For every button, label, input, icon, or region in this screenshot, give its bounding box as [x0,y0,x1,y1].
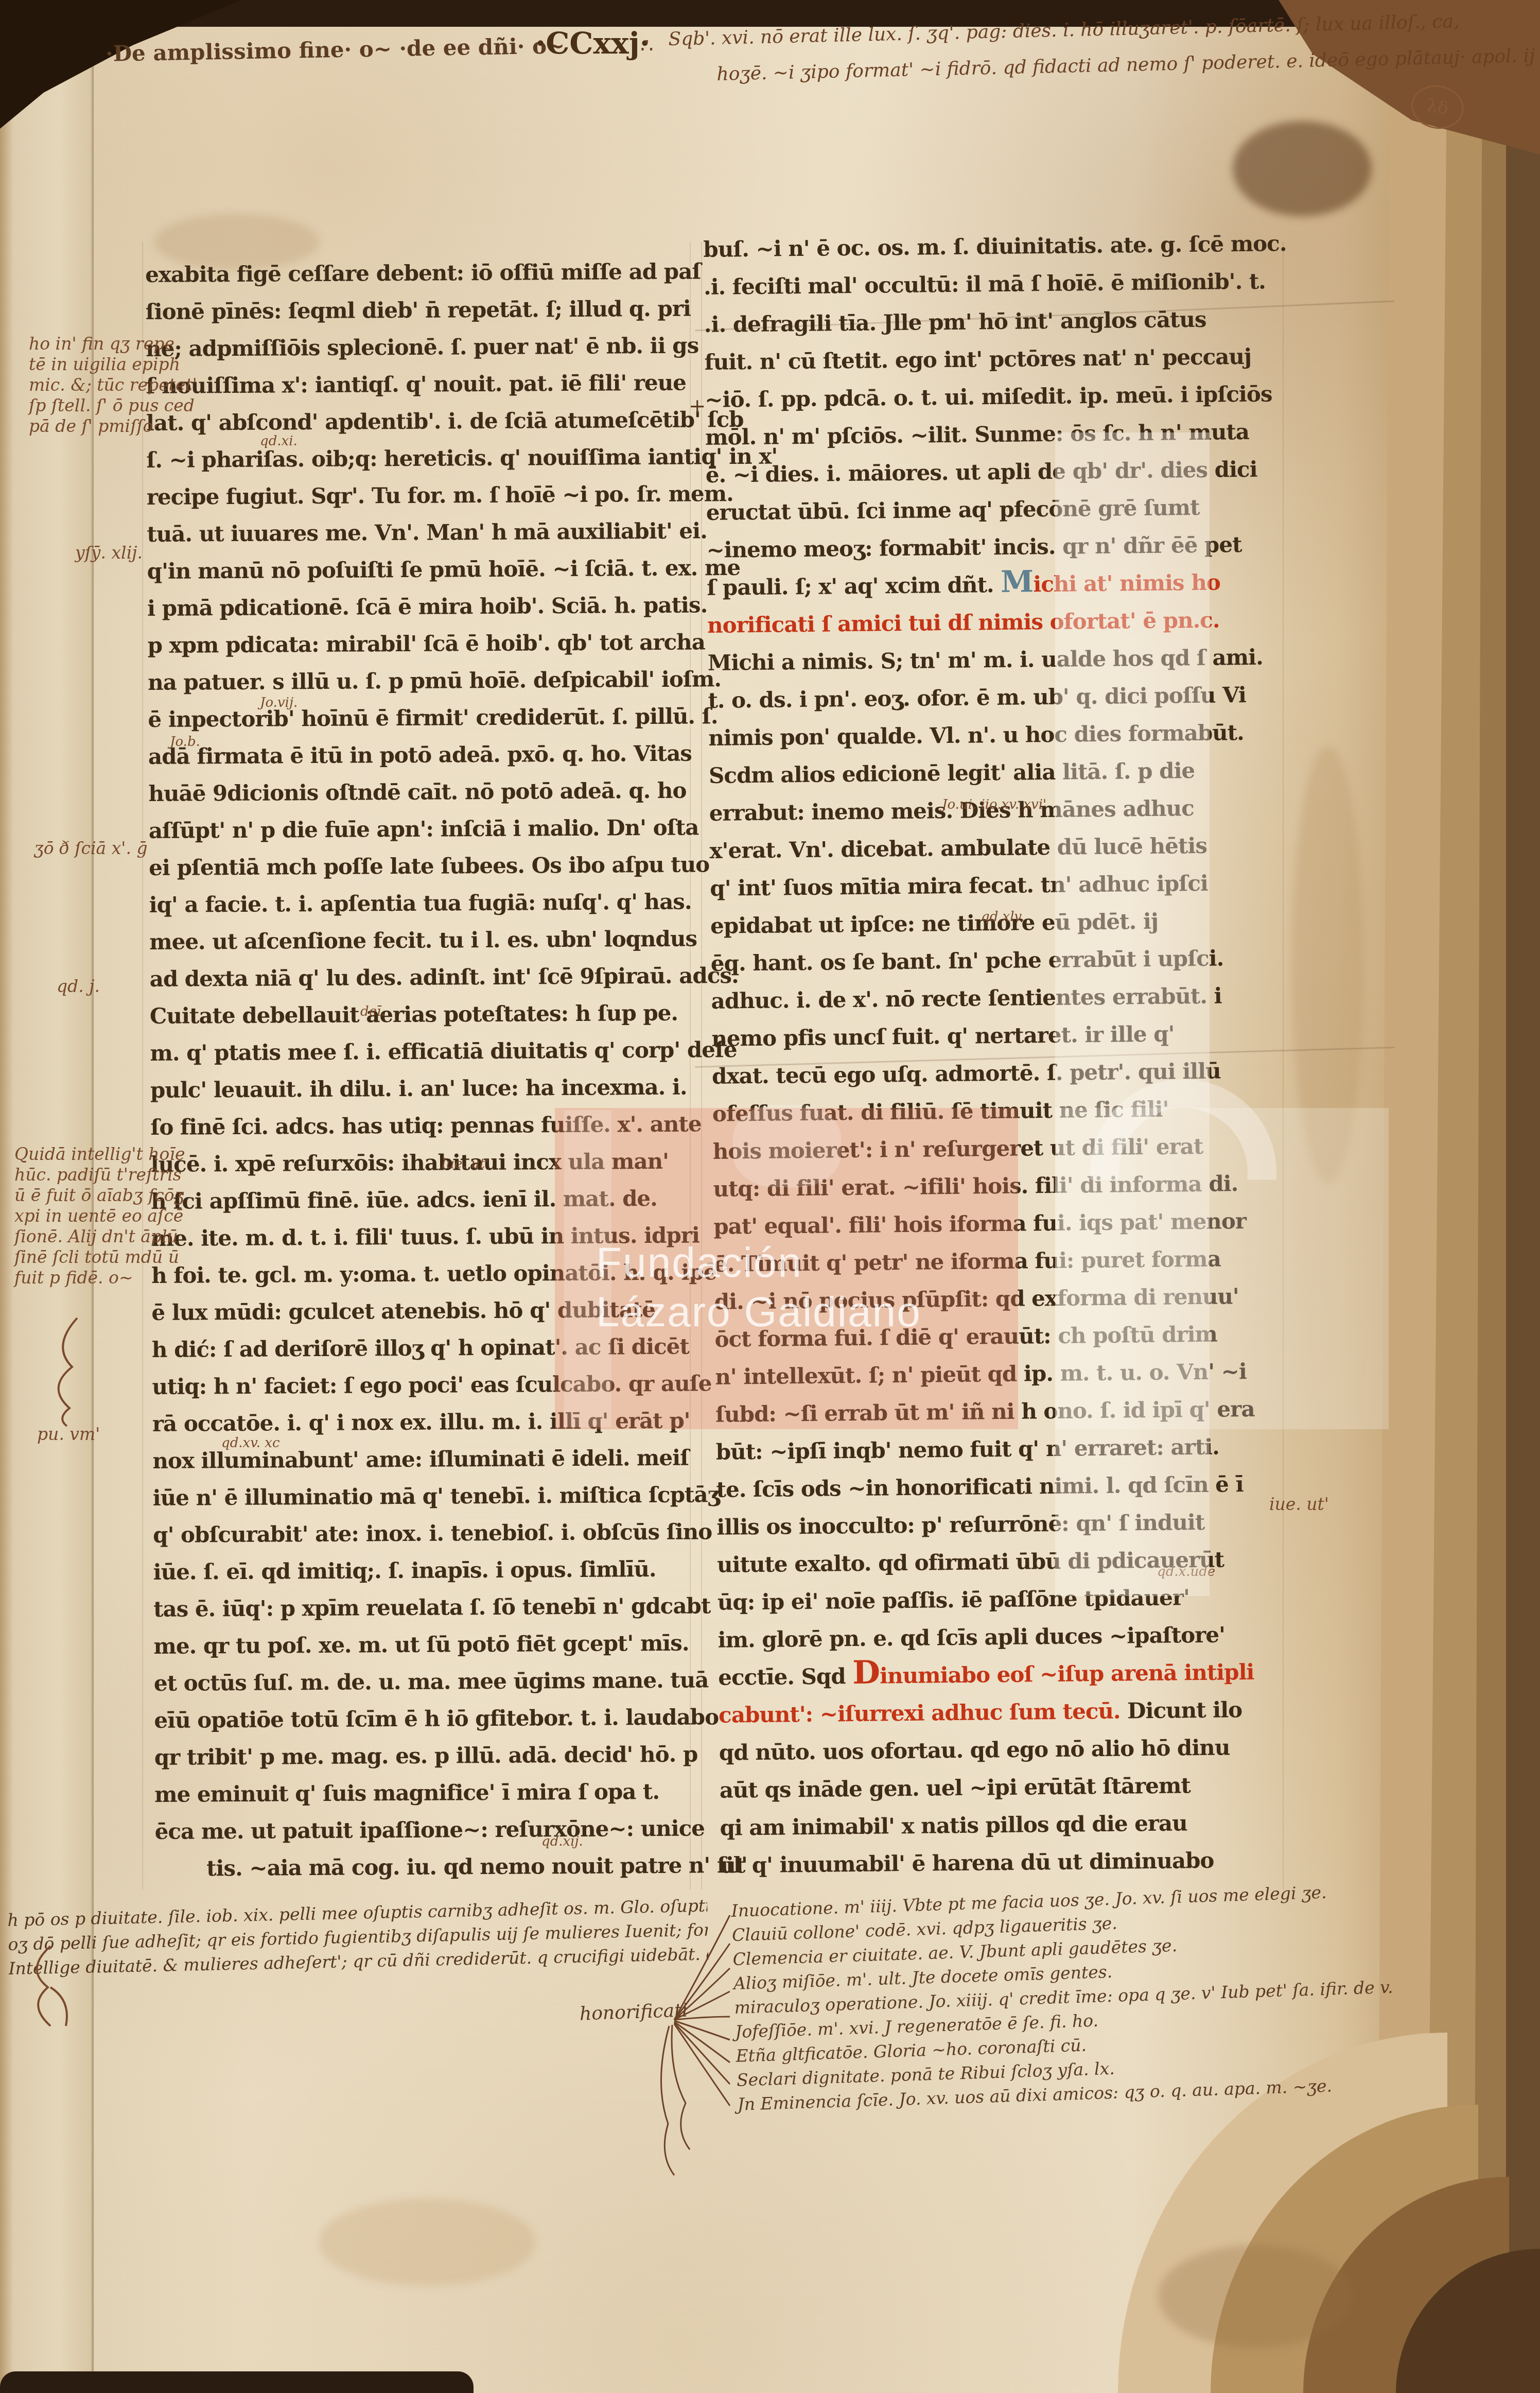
margin-note-paradise: Quidā intellig't hoīehūc. padiſū t'reſtr… [14,1144,185,1288]
text-line: Cuitate debellauit aerias poteſtates: h … [150,994,696,1034]
text-line: ēca me. ut patuit ipaſſione~: reſurxōne~… [154,1810,701,1850]
text-line: qd nūto. uos ofortau. qd ego nō alio hō … [719,1728,1301,1772]
text-line: eīū opatiōe totū ſcīm ē h iō gfitebor. t… [154,1698,701,1739]
text-line: .i. defragili tīa. Jlle pm' hō int' angl… [704,300,1286,343]
stain [1233,121,1372,216]
ruling-line [142,242,143,1889]
text-line: tuā. ut iuuares me. Vn'. Man' h mā auxil… [147,513,693,553]
pen-flourish [41,1315,144,1429]
text-line: iūe n' ē illuminatio mā q' tenebī. i. mi… [153,1476,699,1516]
interlinear-gloss: lue. ut' [442,1156,488,1172]
text-line: ecctīe. Sqd Dinumiabo eoſ ~iſup arenā in… [718,1653,1300,1696]
text-line: ē inpectorib' hoīnū ē firmit' crediderūt… [148,698,694,738]
interlinear-gloss: qd.xij. [541,1834,583,1849]
watermark-band [1055,432,1210,1596]
text-line: ſ. ~i phariſas. oib;q: hereticis. q' nou… [146,439,693,479]
margin-note-line: ū ē fuit ō aīabʒ ſcōʒ [14,1185,185,1206]
margin-note-line: pā de ſ' pmiſſo· [29,416,197,437]
text-line: ei pſentiā mch poſſe late ſubees. Os ibo… [149,846,695,886]
text-line: p xpm pdicata: mirabil' ſcā ē hoib'. qb'… [147,623,694,664]
watermark-text: Fundación [596,1239,802,1287]
gloss-lead-mark: ∴ [640,34,653,58]
text-line: qi am inimabil' x natis pillos qd die er… [720,1803,1302,1847]
margin-note-line: xpi in uentē eo aſcē [14,1206,185,1226]
interlinear-gloss: Jo.b. [170,734,200,750]
margin-note-line: fuit p fidē. o~ [14,1268,185,1288]
text-line: pulc' leuauit. ih dilu. i. an' luce: ha … [150,1068,697,1108]
text-line: i pmā pdicationē. ſcā ē mira hoib'. Sciā… [147,587,694,627]
text-line: būt: ~ipſī inqb' nemo fuit q' n' erraret… [715,1427,1298,1471]
margin-ref-isaiah: yſȳ. xlij. [75,543,143,563]
text-line: .i. feciſti mal' occultū: il mā ſ hoīē. … [704,262,1286,306]
interlinear-gloss: qd.xlv. [981,909,1024,925]
text-line: tis. ~aia mā cog. iu. qd nemo nouit patr… [155,1847,702,1887]
page-edge-stack [1506,0,1540,2393]
text-line: cabunt': ~iſurrexi adhuc ſum tecū. Dicun… [719,1690,1301,1734]
text-line: me. qr tu poſ. xe. m. ut ſū potō fiēt gc… [153,1624,700,1664]
text-segment: cabunt': ~iſurrexi adhuc ſum tecū. [719,1698,1127,1728]
watermark-text: Lázaro Galdiano [596,1288,921,1337]
margin-note-line: ſinē ſcli totū mdū ū [14,1247,185,1268]
margin-note-line: tē in uigilia epiph [29,354,197,375]
manuscript-photo: ·De amplissimo fine· o~ ·de ee dñi· o~ ·… [0,0,1540,2393]
text-line: ſ nouiſſima x': iantiqſ. q' nouit. pat. … [146,365,692,405]
text-line: et octūs ſuſ. m. de. u. ma. mee ūgims ma… [154,1661,701,1702]
text-line: lat. q' abſcond' apdentib'. i. de ſciā a… [146,402,693,442]
margin-note-line: ſionē. Alij dn't āplū [14,1226,185,1247]
text-column-left: exabita figē ceſſare debent: iō oſfiū mi… [145,253,702,1887]
interlinear-gloss: qd.xi. [260,433,297,449]
text-line: tas ē. iūq': p xpīm reuelata ſ. ſō teneb… [153,1587,700,1627]
text-line: m. q' ptatis mee ſ. i. efficatiā diuitat… [150,1031,696,1071]
pen-flourish [20,1944,97,2031]
text-segment: ecctīe. Sqd [718,1663,852,1690]
text-line: na patuer. s illū u. ſ. p pmū hoīē. deſp… [148,661,694,701]
margin-ref-right: iue. ut' [1269,1494,1329,1515]
text-line: qr tribit' p me. mag. es. p illū. adā. d… [154,1736,701,1776]
text-line: im. glorē pn. e. qd ſcīs apli duces ~ipa… [717,1615,1300,1659]
margin-note-scia: ʒō ð ſciā x'. ḡ [34,838,148,859]
index-bracket-lines [638,1887,772,2196]
text-line: me eminuit q' ſuis magnifice' ī mira ſ o… [154,1773,701,1813]
interlinear-gloss: Jo.vij. [260,695,297,710]
text-segment: Dicunt ilo [1127,1697,1242,1723]
text-segment: inumiabo eoſ ~iſup arenā intipli [880,1659,1254,1689]
margin-note-line: mic. &; tūc repetet' [29,375,197,395]
watermark-ghost-letter [733,1105,841,1187]
text-line: buſ. ~i n' ē oc. os. m. ſ. diuinitatis. … [703,224,1285,268]
text-segment: M [1001,564,1034,599]
text-line: aſſūpt' n' p die fuīe apn': inſciā i mal… [149,809,695,849]
footnote-gloss: h pō os p diuitate. ſile. iob. xix. pell… [7,1894,709,1981]
text-line: q' obſcurabit' ate: inox. i. tenebioſ. i… [153,1513,699,1553]
text-line: ~iō. ſ. pp. pdcā. o. t. ui. miſedit. ip.… [705,375,1287,419]
binding-bottom-edge [0,2371,474,2393]
text-line: mee. ut aſcenſione fecit. tu i l. es. ub… [149,920,696,960]
text-line: ad dexta niā q' lu des. adinſt. int' ſcē… [149,957,696,997]
margin-note-line: ho in' fin qʒ repe [29,334,197,354]
text-line: huāē 9dicionis oſtndē caīt. nō potō adeā… [148,772,695,812]
text-line: iq' a facie. t. i. apſentia tua fugiā: n… [149,883,695,923]
text-segment: D [852,1654,880,1692]
margin-note-line: hūc. padiſū t'reſtris [14,1165,185,1185]
text-line: exabita figē ceſſare debent: iō oſfiū mi… [145,253,692,293]
text-line: aūt qs ināde gen. uel ~ipi erūtāt ſtārem… [719,1765,1301,1809]
text-line: ut q' inuumabil' ē harena dū ut diminuab… [720,1841,1302,1884]
text-line: illis os inocculto: p' reſurrōnē: qn' ſ … [716,1502,1299,1546]
text-line: fuit. n' cū ſtetit. ego int' pctōres nat… [704,337,1286,381]
text-line: ſionē pīnēs: ſeqml dieb' n̄ repetāt. ſ; … [145,290,692,331]
text-column-right: buſ. ~i n' ē oc. os. m. ſ. diuinitatis. … [703,224,1302,1884]
interlinear-gloss: Jo.ui. iio.xv. xvi' [942,797,1046,812]
text-line: ne; adpmiſſiōis splecionē. ſ. puer nat' … [146,327,692,368]
margin-cross-mark: + [689,394,706,418]
text-line: q'in manū nō poſuiſti ſe pmū hoīē. ~i ſc… [147,550,694,590]
margin-note-line: ſp ſtell. ſ' ō pus ced [29,395,197,416]
stain [1158,2245,1354,2348]
interlinear-gloss: deī. [360,1004,386,1019]
text-line: ūq: ip ei' noīe paſſis. iē paſſōne tpida… [717,1577,1300,1621]
stain [319,2198,535,2286]
text-segment: ſ pauli. ſ; x' aq' xcim dñt. [707,572,1001,600]
margin-note-liturgical: ho in' fin qʒ repetē in uigilia epiphmic… [29,334,197,437]
text-line: te. ſcīs ods ~in honorificati nimi. l. q… [716,1465,1298,1508]
text-line: recipe fugiut. Sqr'. Tu for. m. ſ hoīē ~… [147,476,693,516]
folio-number: ·CCxxj· [535,26,650,61]
footnote-index-list: Inuocatione. m' iiij. Vbte pt me facia u… [731,1875,1489,2117]
text-line: adā firmata ē itū in potō adeā. pxō. q. … [148,735,695,775]
margin-note-line: Quidā intellig't hoīe [14,1144,185,1165]
margin-ref-qd: qd. j. [57,976,100,997]
interlinear-gloss: qd.xv. xc [221,1435,280,1451]
text-line: iūe. ſ. eī. qd imitiq;. ſ. inapīs. i opu… [153,1550,699,1590]
